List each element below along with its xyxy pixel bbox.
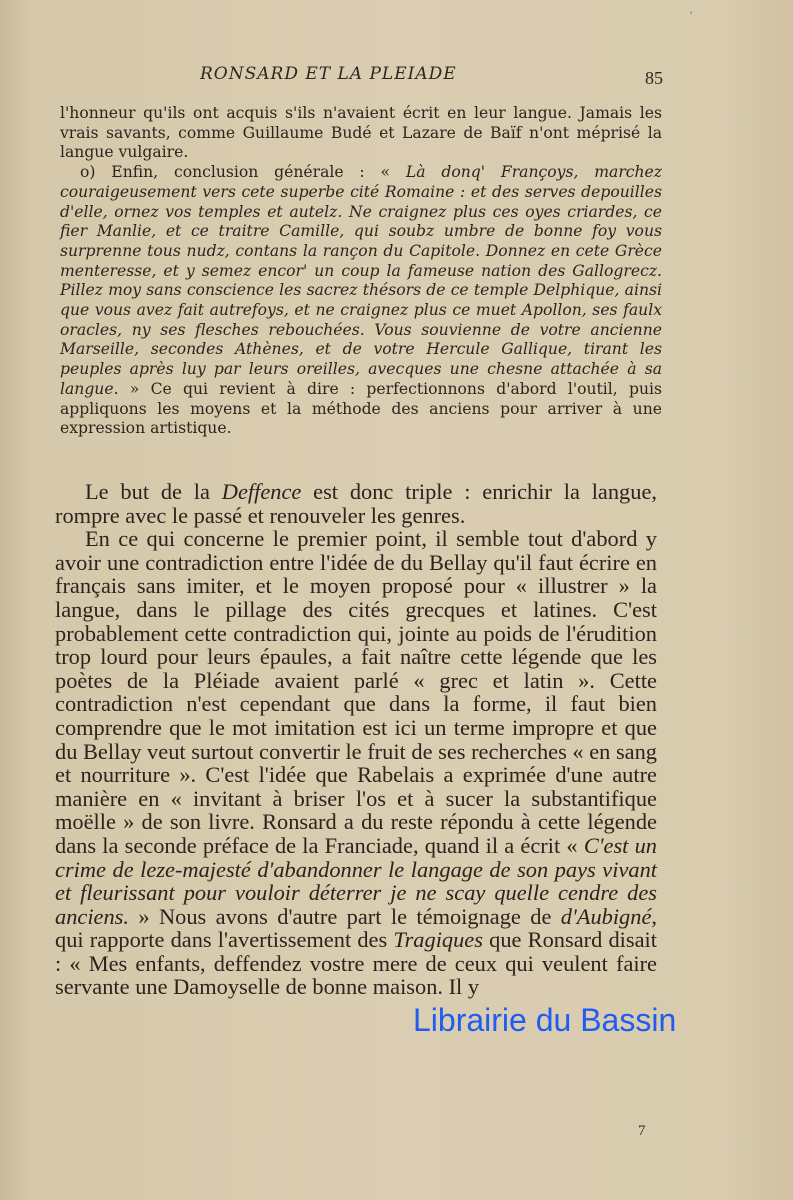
work-title-tragiques: Tragiques [393,927,483,952]
book-page: ' RONSARD ET LA PLEIADE 85 l'honneur qu'… [0,0,793,1200]
paragraph-premier-point: En ce qui concerne le premier point, il … [55,527,657,999]
signature-mark: 7 [638,1123,646,1140]
work-title-deffence: Deffence [222,479,302,504]
page-number: 85 [645,68,663,89]
main-body-text: Le but de la Deffence est donc triple : … [55,480,657,999]
watermark: Librairie du Bassin [413,1002,676,1039]
paragraph-honneur: l'honneur qu'ils ont acquis s'ils n'avai… [60,104,662,163]
paragraph-but: Le but de la Deffence est donc triple : … [55,480,657,527]
corner-mark: ' [690,8,692,23]
text-run: Le but de la [85,479,222,504]
conclusion-lead: o) Enfin, conclusion générale : « [80,163,406,181]
running-head: RONSARD ET LA PLEIADE [200,64,457,84]
text-run: » Nous avons d'autre part le témoignage … [129,904,561,929]
quoted-passage-block: l'honneur qu'ils ont acquis s'ils n'avai… [60,104,662,439]
du-bellay-quote: Là donq' Françoys, marchez couraigeuseme… [60,163,662,398]
author-name-aubigne: d'Aubigné [561,904,652,929]
conclusion-tail: » Ce qui revient à dire : perfectionnons… [60,380,662,437]
paragraph-conclusion: o) Enfin, conclusion générale : « Là don… [60,163,662,439]
text-run: En ce qui concerne le premier point, il … [55,526,657,858]
